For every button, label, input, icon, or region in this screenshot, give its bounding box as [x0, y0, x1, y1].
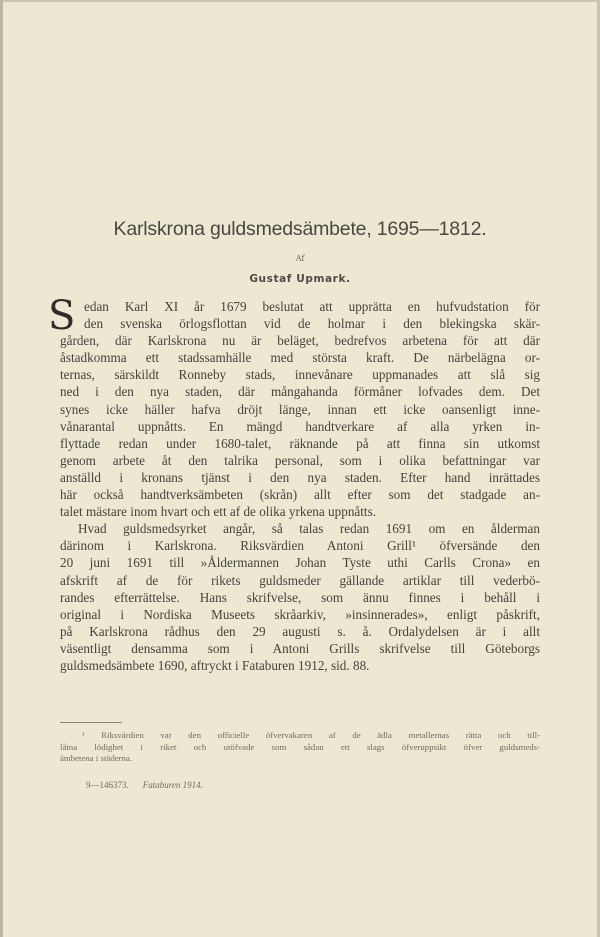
body-line: gården, där Karlskrona nu är beläget, be… [60, 332, 540, 349]
body-line: Hvad guldsmedsyrket angår, så talas reda… [60, 520, 540, 537]
page-edge-top [0, 0, 600, 2]
page-edge-left [0, 0, 3, 937]
footnote-line: ämbetena i städerna. [60, 753, 540, 765]
article-body: S edan Karl XI år 1679 beslutat att uppr… [60, 298, 540, 674]
body-line: på Karlskrona rådhus den 29 augusti s. å… [60, 623, 540, 640]
footnote-rule [60, 722, 122, 723]
body-line: edan Karl XI år 1679 beslutat att upprät… [60, 298, 540, 315]
body-line: vånarantal uppnåtts. En mängd handtverka… [60, 418, 540, 435]
body-line: anställd i kronans tjänst i den nya stad… [60, 469, 540, 486]
drop-cap: S [48, 296, 75, 336]
body-line: afskrift af de för rikets guldsmeder gäl… [60, 572, 540, 589]
body-line: guldsmedsämbete 1690, aftryckt i Fatabur… [60, 657, 540, 674]
body-line: den svenska örlogsflottan vid de holmar … [60, 315, 540, 332]
byline-prefix: Af [0, 254, 600, 263]
body-line: 20 juni 1691 till »Åldermannen Johan Tys… [60, 554, 540, 571]
body-line: ned i den nya staden, där mångahanda för… [60, 383, 540, 400]
body-line: flyttade redan under 1680-talet, räknand… [60, 435, 540, 452]
body-line: här också handtverksämbeten (skrån) allt… [60, 486, 540, 503]
article-title: Karlskrona guldsmedsämbete, 1695—1812. [0, 218, 600, 241]
footnote: ¹ Riksvärdien var den officielle öfverva… [60, 730, 540, 765]
body-line: ternas, särskildt Ronneby stads, innevån… [60, 366, 540, 383]
sheet-number: 9—146373. [86, 780, 129, 790]
body-line: talet mästare inom hvart och ett af de o… [60, 503, 540, 520]
article-author: Gustaf Upmark. [0, 273, 600, 285]
body-line: därinom i Karlskrona. Riksvärdien Antoni… [60, 537, 540, 554]
printer-signature: 9—146373.Fataburen 1914. [86, 780, 203, 790]
footnote-line: låtna lödighet i riket och utöfvade som … [60, 742, 540, 754]
footnote-line: ¹ Riksvärdien var den officielle öfverva… [60, 730, 540, 742]
journal-name: Fataburen 1914. [143, 780, 203, 790]
body-line: väsentligt densamma som i Antoni Grills … [60, 640, 540, 657]
body-line: original i Nordiska Museets skråarkiv, »… [60, 606, 540, 623]
body-line: synes icke häller hafva dröjt länge, inn… [60, 401, 540, 418]
body-line: randes efterrättelse. Hans skrifvelse, s… [60, 589, 540, 606]
body-line: åstadkomma ett stadssamhälle med största… [60, 349, 540, 366]
body-line: genom arbete åt den talrika personal, so… [60, 452, 540, 469]
